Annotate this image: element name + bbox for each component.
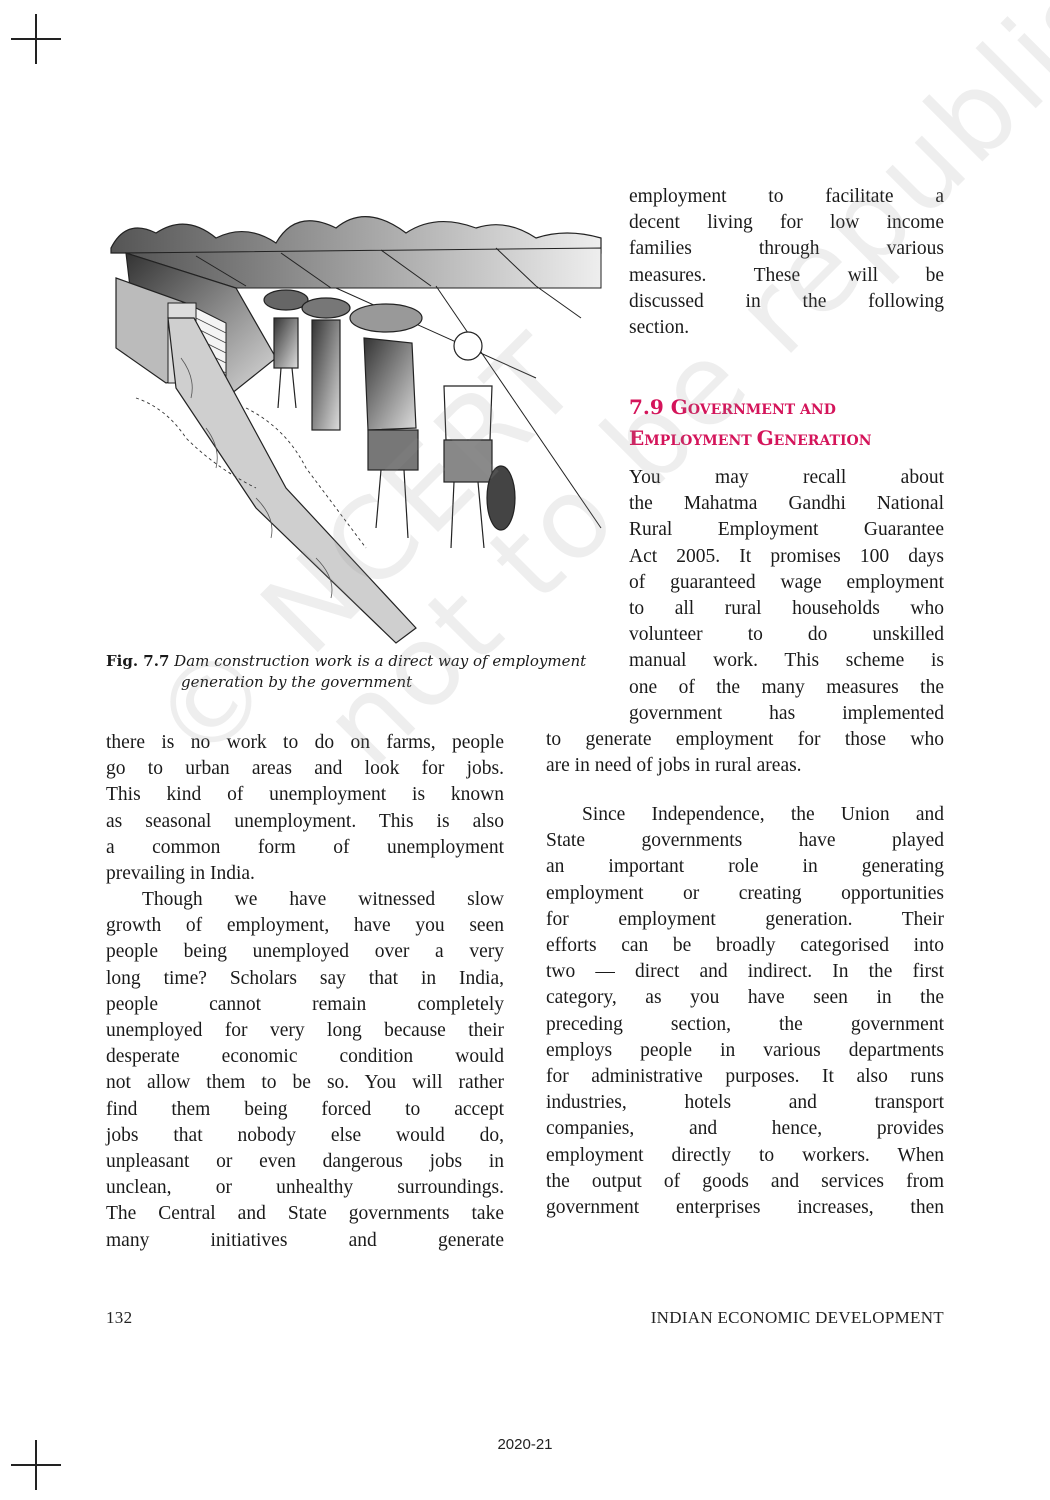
heading-rest: OVERNMENT AND — [688, 402, 836, 418]
section-heading: 7.9 GOVERNMENT AND EMPLOYMENT GENERATION — [629, 393, 872, 455]
figure-label: Fig. 7.7 — [106, 652, 169, 670]
text-line: two — direct and indirect. In the first — [546, 959, 944, 985]
text-line: for administrative purposes. It also run… — [546, 1064, 944, 1090]
text-line: manual work. This scheme is — [629, 648, 944, 674]
text-line: go to urban areas and look for jobs. — [106, 756, 504, 782]
text-line: section. — [629, 315, 944, 341]
text-line: employment or creating opportunities — [546, 881, 944, 907]
heading-cap: G — [671, 395, 688, 419]
text-line: industries, hotels and transport — [546, 1090, 944, 1116]
text-line: decent living for low income — [629, 210, 944, 236]
right-column-para-1-narrow: You may recall about the Mahatma Gandhi … — [629, 465, 944, 727]
text-line: to all rural households who — [629, 596, 944, 622]
text-line: as seasonal unemployment. This is also — [106, 809, 504, 835]
text-line: long time? Scholars say that in India, — [106, 966, 504, 992]
heading-rest: ENERATION — [774, 433, 872, 449]
text-line: an important role in generating — [546, 854, 944, 880]
text-line: Since Independence, the Union and — [546, 802, 944, 828]
text-line: efforts can be broadly categorised into — [546, 933, 944, 959]
figure-illustration — [106, 208, 606, 648]
text-line: the Mahatma Gandhi National — [629, 491, 944, 517]
right-column-para-2: Since Independence, the Union and State … — [546, 802, 944, 1221]
text-line: jobs that nobody else would do, — [106, 1123, 504, 1149]
heading-cap: E — [629, 426, 644, 450]
text-line: unpleasant or even dangerous jobs in — [106, 1149, 504, 1175]
edition-year: 2020-21 — [0, 1436, 1050, 1453]
text-line: find them being forced to accept — [106, 1097, 504, 1123]
text-line: You may recall about — [629, 465, 944, 491]
text-line: the output of goods and services from — [546, 1169, 944, 1195]
text-line: government has implemented — [629, 701, 944, 727]
text-line: State governments have played — [546, 828, 944, 854]
caption-line-1: Dam construction work is a direct way of… — [174, 652, 586, 670]
text-line: employs people in various departments — [546, 1038, 944, 1064]
dam-construction-icon — [106, 208, 606, 648]
text-line: many initiatives and generate — [106, 1228, 504, 1254]
text-line: Act 2005. It promises 100 days — [629, 544, 944, 570]
text-line: This kind of unemployment is known — [106, 782, 504, 808]
heading-rest: MPLOYMENT — [644, 433, 756, 449]
text-line: for employment generation. Their — [546, 907, 944, 933]
book-title: INDIAN ECONOMIC DEVELOPMENT — [651, 1308, 944, 1328]
text-line: prevailing in India. — [106, 861, 504, 887]
text-line: desperate economic condition would — [106, 1044, 504, 1070]
section-number: 7.9 — [629, 395, 664, 419]
text-line: companies, and hence, provides — [546, 1116, 944, 1142]
text-line: are in need of jobs in rural areas. — [546, 753, 944, 779]
text-line: employment to facilitate a — [629, 184, 944, 210]
caption-line-2: generation by the government — [106, 672, 616, 693]
left-column-para-2: Though we have witnessed slow growth of … — [106, 887, 504, 1254]
text-line: category, as you have seen in the — [546, 985, 944, 1011]
text-line: a common form of unemployment — [106, 835, 504, 861]
left-column-para-1: there is no work to do on farms, people … — [106, 730, 504, 887]
text-line: families through various — [629, 236, 944, 262]
text-line: measures. These will be — [629, 263, 944, 289]
text-line: people cannot remain completely — [106, 992, 504, 1018]
text-line: volunteer to do unskilled — [629, 622, 944, 648]
text-line: Rural Employment Guarantee — [629, 517, 944, 543]
text-line: discussed in the following — [629, 289, 944, 315]
text-line: of guaranteed wage employment — [629, 570, 944, 596]
text-line: preceding section, the government — [546, 1012, 944, 1038]
text-line: people being unemployed over a very — [106, 939, 504, 965]
page-number: 132 — [106, 1308, 132, 1328]
crop-mark-top-left — [11, 14, 61, 64]
text-line: government enterprises increases, then — [546, 1195, 944, 1221]
text-line: Though we have witnessed slow — [106, 887, 504, 913]
text-line: unemployed for very long because their — [106, 1018, 504, 1044]
right-column-intro: employment to facilitate a decent living… — [629, 184, 944, 341]
figure-caption: Fig. 7.7 Dam construction work is a dire… — [106, 651, 616, 693]
text-line: employment directly to workers. When — [546, 1143, 944, 1169]
text-line: unclean, or unhealthy surroundings. — [106, 1175, 504, 1201]
text-line: there is no work to do on farms, people — [106, 730, 504, 756]
text-line: one of the many measures the — [629, 675, 944, 701]
text-line: not allow them to be so. You will rather — [106, 1070, 504, 1096]
text-line: The Central and State governments take — [106, 1201, 504, 1227]
text-line: to generate employment for those who — [546, 727, 944, 753]
right-column-para-1-wide: to generate employment for those who are… — [546, 727, 944, 779]
text-line: growth of employment, have you seen — [106, 913, 504, 939]
heading-cap: G — [757, 426, 774, 450]
